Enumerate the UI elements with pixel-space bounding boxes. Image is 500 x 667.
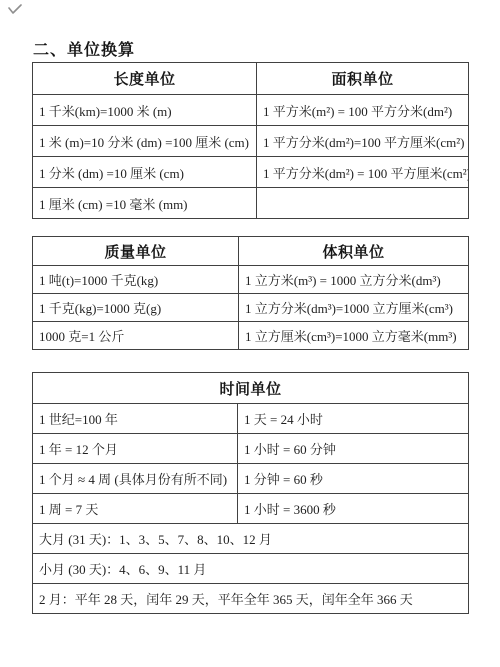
volume-cell: 1 立方分米(dm³)=1000 立方厘米(cm³) <box>239 294 469 322</box>
volume-cell: 1 立方厘米(cm³)=1000 立方毫米(mm³) <box>239 322 469 350</box>
length-cell: 1 厘米 (cm) =10 毫米 (mm) <box>33 188 257 219</box>
time-units-header: 时间单位 <box>33 373 469 404</box>
time-cell: 1 周 = 7 天 <box>33 494 238 524</box>
table-row: 1 吨(t)=1000 千克(kg) 1 立方米(m³) = 1000 立方分米… <box>33 266 469 294</box>
mass-cell: 1000 克=1 公斤 <box>33 322 239 350</box>
mass-cell: 1 千克(kg)=1000 克(g) <box>33 294 239 322</box>
area-cell-empty <box>257 188 469 219</box>
time-cell: 1 天 = 24 小时 <box>238 404 469 434</box>
table-row: 小月 (30 天)：4、6、9、11 月 <box>33 554 469 584</box>
mass-cell: 1 吨(t)=1000 千克(kg) <box>33 266 239 294</box>
corner-pen-mark-icon <box>8 4 22 16</box>
length-cell: 1 分米 (dm) =10 厘米 (cm) <box>33 157 257 188</box>
worksheet-page: 二、单位换算 长度单位 面积单位 1 千米(km)=1000 米 (m) 1 平… <box>0 0 500 667</box>
mass-units-header: 质量单位 <box>33 237 239 266</box>
time-cell: 1 小时 = 3600 秒 <box>238 494 469 524</box>
length-cell: 1 米 (m)=10 分米 (dm) =100 厘米 (cm) <box>33 126 257 157</box>
small-months-cell: 小月 (30 天)：4、6、9、11 月 <box>33 554 469 584</box>
table-row: 1 厘米 (cm) =10 毫米 (mm) <box>33 188 469 219</box>
mass-volume-table: 质量单位 体积单位 1 吨(t)=1000 千克(kg) 1 立方米(m³) =… <box>32 236 469 350</box>
time-cell: 1 小时 = 60 分钟 <box>238 434 469 464</box>
table-row: 1 年 = 12 个月 1 小时 = 60 分钟 <box>33 434 469 464</box>
table-header-row: 质量单位 体积单位 <box>33 237 469 266</box>
length-units-header: 长度单位 <box>33 63 257 95</box>
time-table: 时间单位 1 世纪=100 年 1 天 = 24 小时 1 年 = 12 个月 … <box>32 372 469 614</box>
big-months-cell: 大月 (31 天)：1、3、5、7、8、10、12 月 <box>33 524 469 554</box>
area-cell: 1 平方米(m²) = 100 平方分米(dm²) <box>257 95 469 126</box>
table-row: 大月 (31 天)：1、3、5、7、8、10、12 月 <box>33 524 469 554</box>
section-title: 二、单位换算 <box>33 37 135 60</box>
table-row: 1 分米 (dm) =10 厘米 (cm) 1 平方分米(dm²) = 100 … <box>33 157 469 188</box>
table-header-row: 时间单位 <box>33 373 469 404</box>
volume-units-header: 体积单位 <box>239 237 469 266</box>
table-header-row: 长度单位 面积单位 <box>33 63 469 95</box>
area-units-header: 面积单位 <box>257 63 469 95</box>
table-row: 1 千米(km)=1000 米 (m) 1 平方米(m²) = 100 平方分米… <box>33 95 469 126</box>
time-cell: 1 世纪=100 年 <box>33 404 238 434</box>
area-cell: 1 平方分米(dm²)=100 平方厘米(cm²) <box>257 126 469 157</box>
length-area-table: 长度单位 面积单位 1 千米(km)=1000 米 (m) 1 平方米(m²) … <box>32 62 469 219</box>
table-row: 1 个月 ≈ 4 周 (具体月份有所不同) 1 分钟 = 60 秒 <box>33 464 469 494</box>
table-row: 1000 克=1 公斤 1 立方厘米(cm³)=1000 立方毫米(mm³) <box>33 322 469 350</box>
table-row: 1 米 (m)=10 分米 (dm) =100 厘米 (cm) 1 平方分米(d… <box>33 126 469 157</box>
time-cell: 1 个月 ≈ 4 周 (具体月份有所不同) <box>33 464 238 494</box>
table-row: 1 千克(kg)=1000 克(g) 1 立方分米(dm³)=1000 立方厘米… <box>33 294 469 322</box>
table-row: 1 世纪=100 年 1 天 = 24 小时 <box>33 404 469 434</box>
volume-cell: 1 立方米(m³) = 1000 立方分米(dm³) <box>239 266 469 294</box>
area-cell: 1 平方分米(dm²) = 100 平方厘米(cm²) <box>257 157 469 188</box>
february-cell: 2 月：平年 28 天，闰年 29 天，平年全年 365 天，闰年全年 366 … <box>33 584 469 614</box>
time-cell: 1 年 = 12 个月 <box>33 434 238 464</box>
table-row: 1 周 = 7 天 1 小时 = 3600 秒 <box>33 494 469 524</box>
length-cell: 1 千米(km)=1000 米 (m) <box>33 95 257 126</box>
table-row: 2 月：平年 28 天，闰年 29 天，平年全年 365 天，闰年全年 366 … <box>33 584 469 614</box>
time-cell: 1 分钟 = 60 秒 <box>238 464 469 494</box>
